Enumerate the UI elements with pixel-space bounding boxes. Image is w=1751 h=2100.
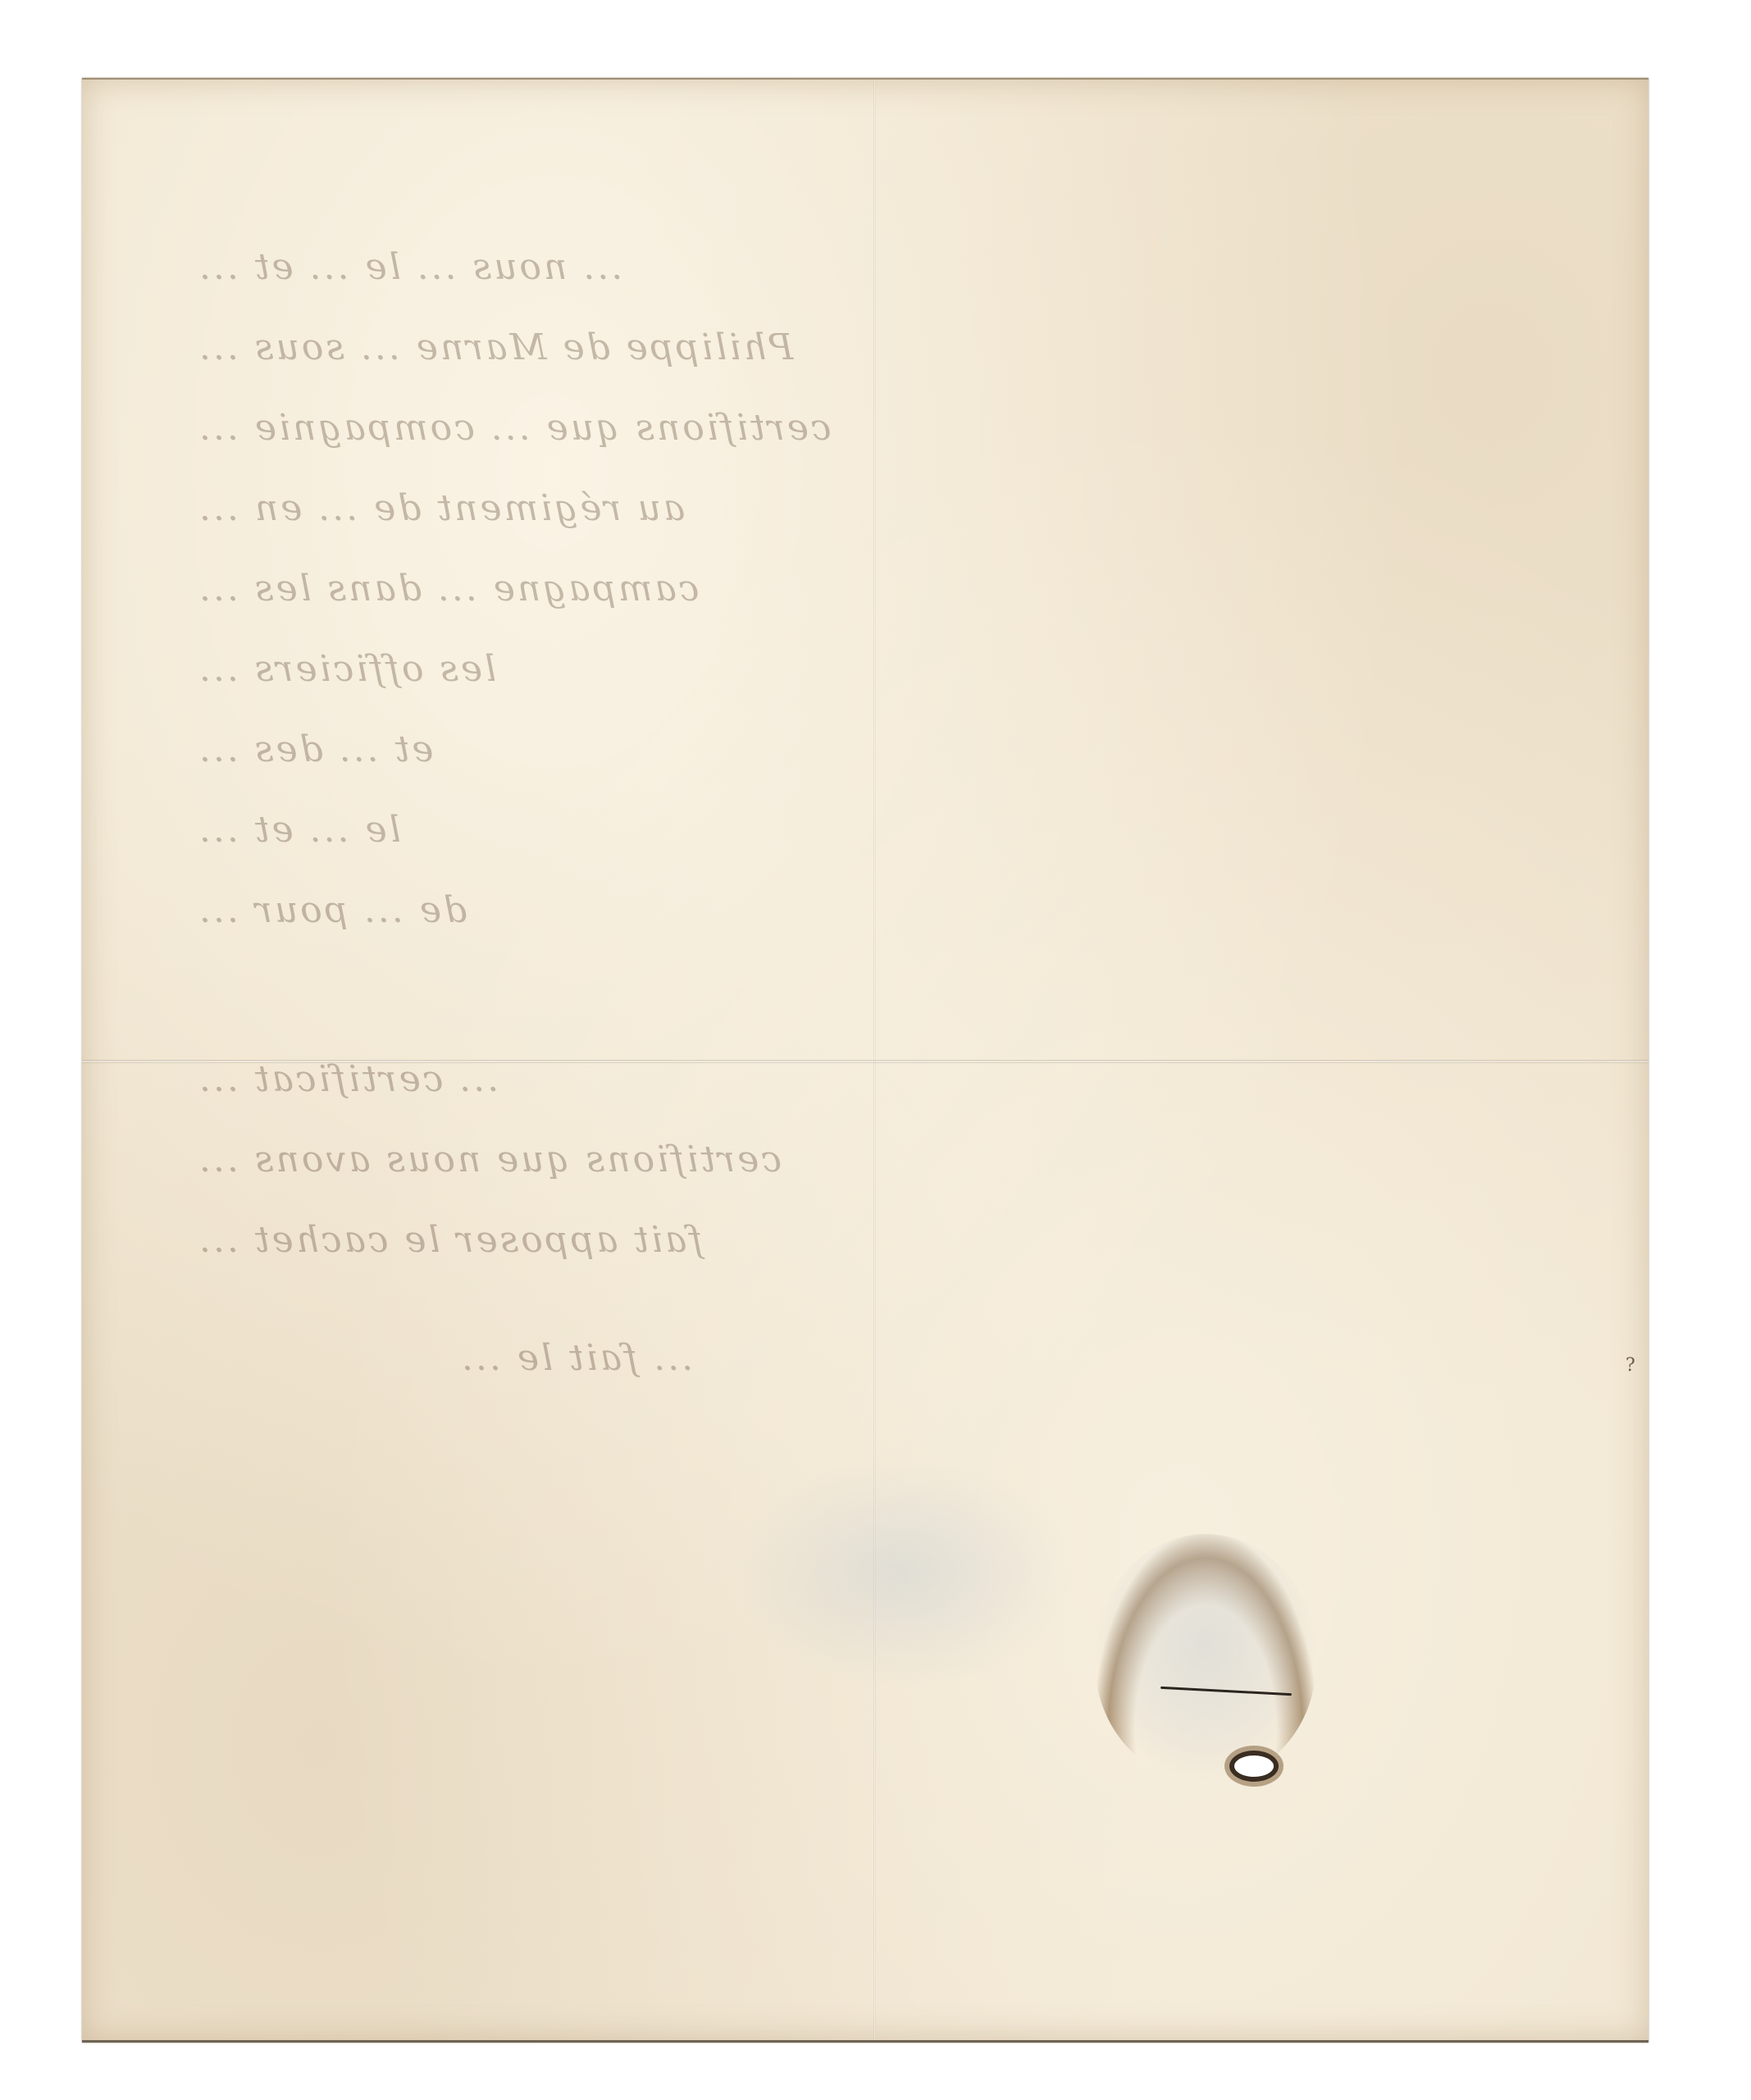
text-line: ... nous ... le ... et ... — [197, 227, 1591, 308]
text-line: certifions que nous avons ... — [197, 1120, 1591, 1200]
closing-line: ... fait le ... — [459, 1318, 1197, 1399]
text-line: fait apposer le cachet ... — [197, 1200, 1591, 1281]
text-line: au régiment de ... en ... — [197, 468, 1591, 549]
text-line: campagne ... dans les ... — [197, 549, 1591, 629]
text-line: certifions que ... compagnie ... — [197, 388, 1591, 468]
wax-seal-residue — [1095, 1534, 1316, 1780]
text-line: de ... pour ... — [197, 870, 1591, 951]
burn-hole — [1234, 1755, 1274, 1777]
text-line: ... certificat ... — [197, 1039, 1591, 1120]
closing-block: ... fait le ... — [459, 1318, 1197, 1399]
bleed-through-stain — [730, 1458, 1074, 1687]
margin-mark: ? — [1626, 1355, 1635, 1376]
second-text-block: ... certificat ... certifions que nous a… — [197, 1039, 1591, 1281]
main-text-block: ... nous ... le ... et ... Philippe de M… — [197, 227, 1591, 951]
text-line: Philippe de Marne ... sous ... — [197, 308, 1591, 388]
letter-sheet: ... nous ... le ... et ... Philippe de M… — [82, 78, 1648, 2043]
text-line: le ... et ... — [197, 790, 1591, 870]
text-line: et ... des ... — [197, 710, 1591, 790]
text-line: les officiers ... — [197, 629, 1591, 710]
